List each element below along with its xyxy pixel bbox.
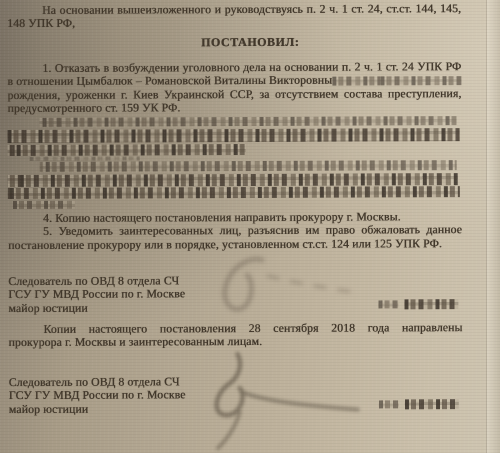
redacted-paragraphs (0, 0, 499, 1)
intro-line: На основании вышеизложенного и руководст… (7, 2, 461, 17)
copies-note-line: прокурора г. Москвы и заинтересованным л… (8, 335, 462, 350)
item1-line: предусмотренного ст. 159 УК РФ. (7, 100, 461, 115)
redacted-text-block (8, 173, 458, 187)
resolution-items-4-5: 4. Копию настоящего постановления направ… (8, 210, 462, 252)
redacted-signer-name (378, 299, 458, 309)
item1-line: в отношении Цымбалюк – Романовской Витал… (7, 74, 332, 89)
investigator-signature-block-2: Следователь по ОВД 8 отдела СЧ ГСУ ГУ МВ… (9, 374, 463, 416)
redacted-text-block (8, 186, 460, 199)
resolution-document: На основании вышеизложенного и руководст… (0, 0, 500, 453)
redacted-text-block (8, 144, 246, 156)
redacted-surname-block (404, 299, 458, 309)
redacted-text-block (40, 116, 457, 127)
redacted-birthdate-block (380, 76, 461, 85)
paper-right-edge (486, 0, 500, 453)
copies-sent-note: Копии настоящего постановления 28 сентяб… (8, 321, 462, 350)
document-photo: На основании вышеизложенного и руководст… (0, 0, 500, 453)
resolution-item-1: 1. Отказать в возбуждении уголовного дел… (7, 60, 461, 116)
document-title: ПОСТАНОВИЛ: (7, 35, 477, 51)
redacted-text-block (8, 128, 460, 143)
redacted-birthdate-block (332, 76, 380, 85)
item1-line: рождения, уроженки г. Киев Украинской СС… (7, 87, 461, 102)
intro-paragraph: На основании вышеизложенного и руководст… (7, 2, 461, 31)
redacted-text-block (30, 156, 140, 160)
redacted-initials-block (378, 300, 398, 308)
redacted-text-block (40, 160, 457, 172)
redacted-surname-block (405, 399, 459, 409)
redacted-initials-block (379, 400, 399, 408)
item5-line: постановление прокурору или в порядке, у… (8, 237, 462, 252)
intro-line: 148 УПК РФ, (7, 16, 461, 31)
copies-note-line: Копии настоящего постановления 28 сентяб… (8, 321, 462, 336)
redacted-text-block (13, 201, 75, 209)
redacted-signer-name (379, 399, 459, 409)
